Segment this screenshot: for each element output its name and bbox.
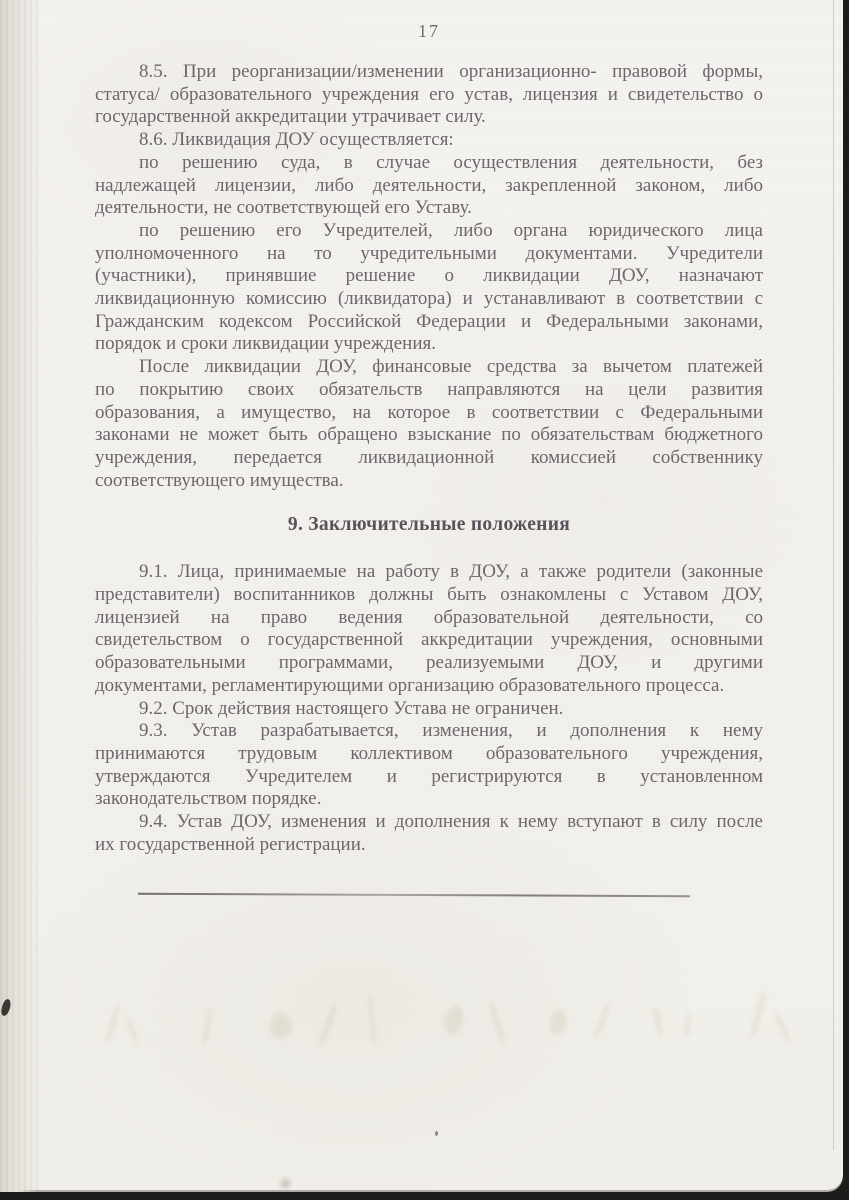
text-line: порядок и сроки ликвидации учреждения. [95, 333, 763, 356]
paper-speck [435, 1131, 438, 1136]
text-line: 8.6. Ликвидация ДОУ осуществляется: [95, 129, 763, 152]
text-line: по покрытию своих обязательств направляю… [95, 379, 763, 402]
text-line: ликвидационную комиссию (ликвидатора) и … [95, 288, 763, 311]
text-line: документами, регламентирующими организац… [95, 675, 763, 698]
section-heading: 9. Заключительные положения [95, 513, 763, 537]
page-content: 17 8.5. При реорганизации/изменении орга… [95, 20, 763, 857]
paper-stain [278, 1175, 293, 1192]
text-line: по решению суда, в случае осуществления … [95, 152, 763, 175]
text-line: деятельности, не соответствующей его Уст… [95, 197, 763, 220]
text-line: по решению его Учредителей, либо органа … [95, 220, 763, 243]
text-line: статуса/ образовательного учреждения его… [95, 84, 763, 107]
page-number: 17 [95, 20, 763, 42]
text-line: законодательством порядке. [95, 788, 763, 811]
text-line: их государственной регистрации. [95, 834, 763, 857]
text-line: Гражданским кодексом Российской Федераци… [95, 311, 763, 334]
paper-sheet: 17 8.5. При реорганизации/изменении орга… [0, 0, 843, 1192]
text-line: учреждения, передается ликвидационной ко… [95, 447, 763, 470]
text-line: После ликвидации ДОУ, финансовые средств… [95, 356, 763, 379]
text-line: образования, а имущество, на которое в с… [95, 402, 763, 425]
text-line: принимаются трудовым коллективом образов… [95, 743, 763, 766]
faint-stamp-artifact [100, 985, 790, 1080]
text-line: лицензией на право ведения образовательн… [95, 607, 763, 630]
text-line: 9.2. Срок действия настоящего Устава не … [95, 698, 763, 721]
text-line: законами не может быть обращено взыскани… [95, 424, 763, 447]
text-line: утверждаются Учредителем и регистрируютс… [95, 766, 763, 789]
text-line: надлежащей лицензии, либо деятельности, … [95, 175, 763, 198]
text-line: 9.3. Устав разрабатывается, изменения, и… [95, 720, 763, 743]
text-line: представители) воспитанников должны быть… [95, 584, 763, 607]
text-line: 8.5. При реорганизации/изменении организ… [95, 61, 763, 84]
text-line: 9.1. Лица, принимаемые на работу в ДОУ, … [95, 561, 763, 584]
scanned-page: 17 8.5. При реорганизации/изменении орга… [0, 0, 849, 1200]
text-line: (участники), принявшие решение о ликвида… [95, 265, 763, 288]
text-line: 9.4. Устав ДОУ, изменения и дополнения к… [95, 811, 763, 834]
separator-line [138, 893, 690, 897]
text-line: соответствующего имущества. [95, 470, 763, 493]
text-line: свидетельством о государственной аккреди… [95, 629, 763, 652]
text-line: государственной аккредитации утрачивает … [95, 106, 763, 129]
text-line: образовательными программами, реализуемы… [95, 652, 763, 675]
paper-fold-line [833, 0, 834, 1150]
text-line: уполномоченного на то учредительными док… [95, 243, 763, 266]
